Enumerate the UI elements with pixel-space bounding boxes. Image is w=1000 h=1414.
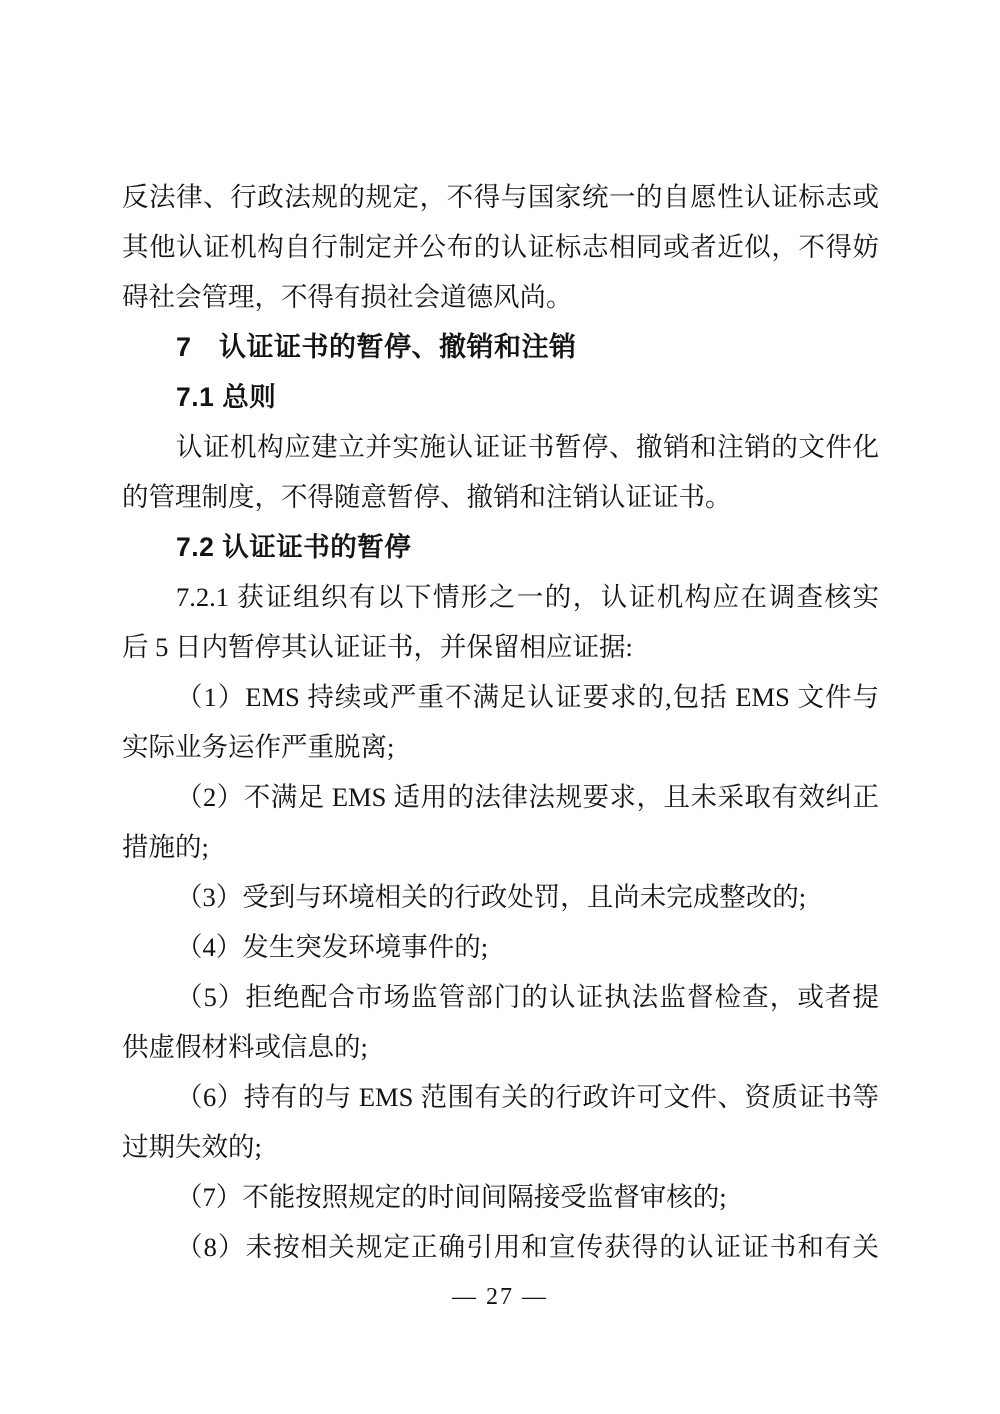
list-item-6-line-2: 过期失效的; [122,1122,879,1172]
clause-7-2-1-line-2: 后 5 日内暂停其认证证书，并保留相应证据: [122,622,879,672]
clause-7-1-line-1: 认证机构应建立并实施认证证书暂停、撤销和注销的文件化 [122,422,879,472]
list-item-5-line-1: （5）拒绝配合市场监管部门的认证执法监督检查，或者提 [122,972,879,1022]
list-item-6-line-1: （6）持有的与 EMS 范围有关的行政许可文件、资质证书等 [122,1072,879,1122]
list-item-1-line-2: 实际业务运作严重脱离; [122,722,879,772]
body-line-prev-para-2: 其他认证机构自行制定并公布的认证标志相同或者近似，不得妨 [122,222,879,272]
clause-7-2-1-line-1: 7.2.1 获证组织有以下情形之一的，认证机构应在调查核实 [122,572,879,622]
heading-section-7: 7 认证证书的暂停、撤销和注销 [122,322,879,372]
heading-7-1: 7.1 总则 [122,372,879,422]
page-body-text: 反法律、行政法规的规定，不得与国家统一的自愿性认证标志或其他认证机构自行制定并公… [122,172,879,1272]
list-item-8-line-1: （8）未按相关规定正确引用和宣传获得的认证证书和有关 [122,1222,879,1272]
list-item-2-line-2: 措施的; [122,822,879,872]
body-line-prev-para-3: 碍社会管理，不得有损社会道德风尚。 [122,272,879,322]
clause-7-1-line-2: 的管理制度，不得随意暂停、撤销和注销认证证书。 [122,472,879,522]
list-item-7-line-1: （7）不能按照规定的时间间隔接受监督审核的; [122,1172,879,1222]
list-item-3-line-1: （3）受到与环境相关的行政处罚，且尚未完成整改的; [122,872,879,922]
document-page: 反法律、行政法规的规定，不得与国家统一的自愿性认证标志或其他认证机构自行制定并公… [0,0,1000,1414]
list-item-5-line-2: 供虚假材料或信息的; [122,1022,879,1072]
body-line-prev-para-1: 反法律、行政法规的规定，不得与国家统一的自愿性认证标志或 [122,172,879,222]
page-number: — 27 — [0,1272,1000,1322]
heading-7-2: 7.2 认证证书的暂停 [122,522,879,572]
list-item-2-line-1: （2）不满足 EMS 适用的法律法规要求，且未采取有效纠正 [122,772,879,822]
list-item-4-line-1: （4）发生突发环境事件的; [122,922,879,972]
list-item-1-line-1: （1）EMS 持续或严重不满足认证要求的,包括 EMS 文件与 [122,672,879,722]
